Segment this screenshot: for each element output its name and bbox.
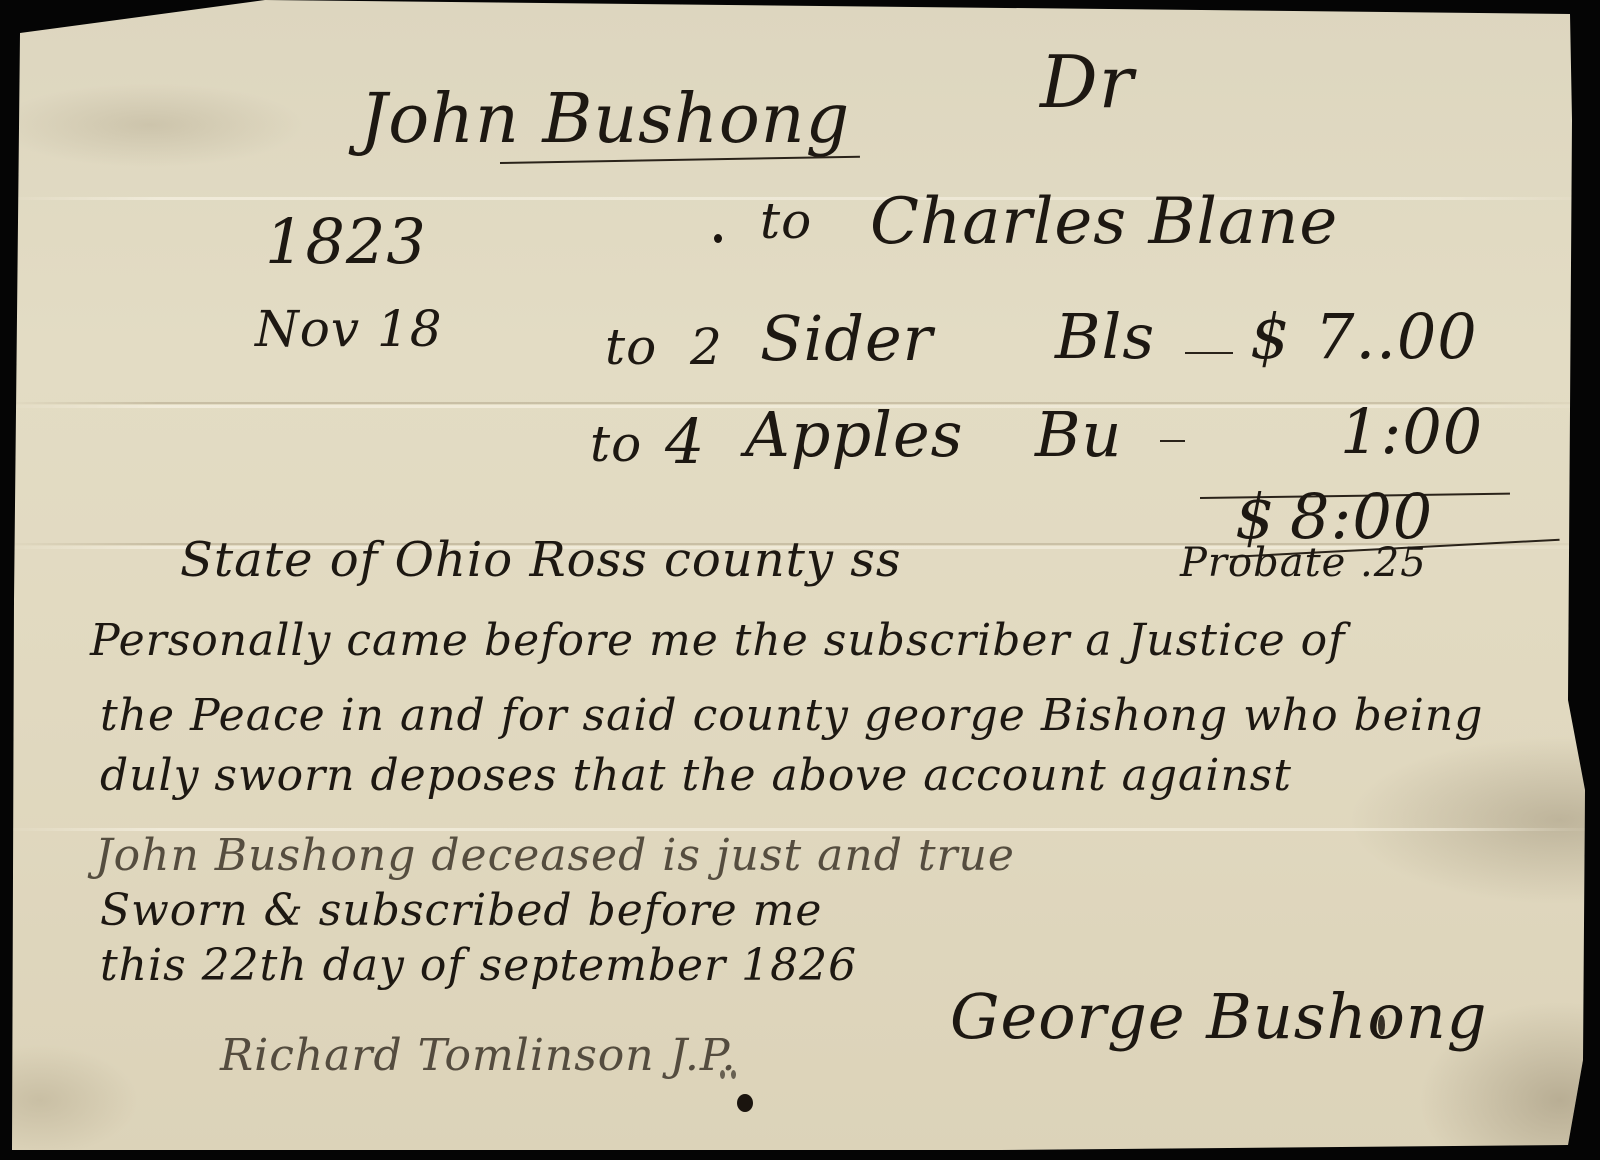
affidavit-line-5: John Bushong deceased is just and true (95, 830, 1015, 881)
debtor-suffix: Dr (1040, 40, 1134, 124)
item-1-dash (1185, 352, 1233, 354)
creditor-name: Charles Blane (870, 185, 1338, 259)
sworn-line-1: Sworn & subscribed before me (100, 885, 822, 936)
item-2-amount: 1:00 (1340, 395, 1483, 468)
deponent-signature: George Bushong (950, 980, 1487, 1053)
item-1-amount: 7..00 (1315, 300, 1478, 373)
affidavit-line-3: the Peace in and for said county george … (100, 690, 1483, 741)
item-2-name: Apples (745, 398, 964, 471)
account-year: 1823 (265, 205, 427, 278)
item-2-unit: Bu (1035, 398, 1123, 471)
affidavit-line-4: duly sworn deposes that the above accoun… (100, 750, 1292, 801)
item-1-currency: $ (1250, 300, 1290, 373)
document-viewer: John Bushong Dr 1823 to Charles Blane No… (0, 0, 1600, 1160)
justice-signature: Richard Tomlinson J.P. (220, 1030, 737, 1081)
ink-blot (1378, 1015, 1385, 1035)
item-2-dash (1160, 440, 1185, 442)
item-2-prefix: to (590, 415, 642, 473)
account-date: Nov 18 (255, 300, 443, 358)
ink-dot (720, 1070, 725, 1079)
debtor-name: John Bushong (360, 80, 850, 159)
ink-dot (731, 1070, 736, 1079)
probate-fee: Probate .25 (1180, 540, 1427, 586)
item-2-quantity: 4 (665, 405, 705, 478)
item-1-prefix: to (605, 318, 657, 376)
affidavit-venue: State of Ohio Ross county ss (180, 532, 902, 588)
item-1-name: Sider (760, 302, 933, 375)
item-1-unit: Bls (1055, 300, 1155, 373)
paper-sheet: John Bushong Dr 1823 to Charles Blane No… (0, 0, 1600, 1160)
sworn-line-2: this 22th day of september 1826 (100, 940, 857, 991)
to-label: to (760, 192, 812, 250)
affidavit-line-2: Personally came before me the subscriber… (90, 615, 1345, 666)
ink-dot (714, 234, 722, 243)
item-1-quantity: 2 (690, 318, 723, 376)
ink-blot (737, 1094, 753, 1112)
